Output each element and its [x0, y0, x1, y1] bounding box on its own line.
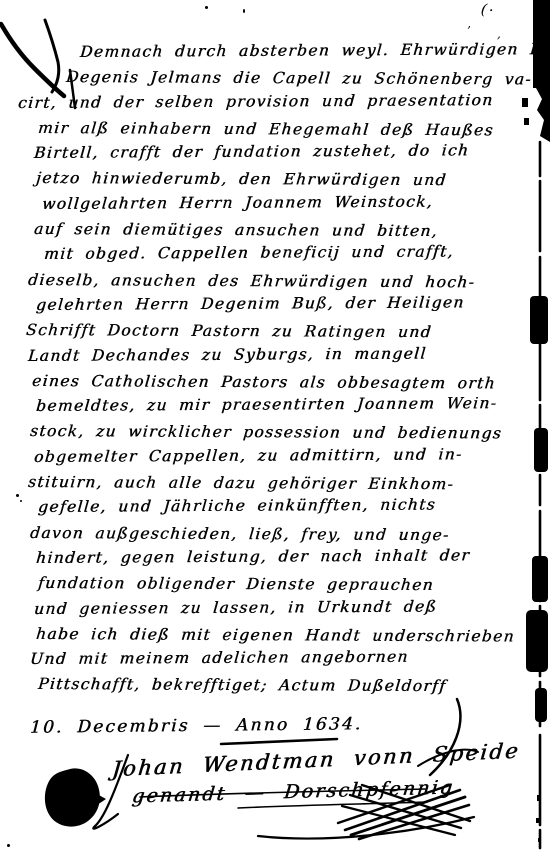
- manuscript-line: und geniessen zu lassen, in Urkundt deß: [33, 593, 545, 621]
- manuscript-line: Landt Dechandes zu Syburgs, in mangell: [27, 340, 545, 368]
- manuscript-page: (· ’ , Demnach durch absterben weyl. Ehr…: [0, 0, 550, 852]
- manuscript-line: Demnach durch absterben weyl. Ehrwürdige…: [79, 37, 545, 65]
- manuscript-line: hindert, gegen leistung, der nach inhalt…: [35, 543, 545, 571]
- ink-speck: [20, 500, 22, 502]
- letter-body: Demnach durch absterben weyl. Ehrwürdige…: [44, 40, 544, 698]
- stray-tick: ’: [467, 24, 471, 38]
- manuscript-line: mit obged. Cappellen beneficij und craff…: [43, 239, 545, 267]
- manuscript-line: gefelle, und Jährliche einkünfften, nich…: [37, 492, 545, 520]
- cross-hatch-scribble-icon: [258, 785, 474, 839]
- folio-mark: (·: [480, 0, 497, 20]
- ink-speck: [243, 9, 245, 13]
- manuscript-line: bemeldtes, zu mir praesentirten Joannem …: [35, 391, 545, 419]
- manuscript-line: obgemelter Cappellen, zu admittirn, und …: [33, 442, 545, 470]
- signature-flourishes: [80, 735, 480, 852]
- ink-speck: [205, 6, 208, 9]
- ink-speck: [16, 494, 19, 497]
- binding-edge: [512, 0, 550, 852]
- ink-seal-icon: [42, 766, 108, 834]
- manuscript-line: wollgelahrten Herrn Joannem Weinstock,: [41, 189, 545, 217]
- ink-speck: [7, 844, 10, 847]
- manuscript-line: Und mit meinem adelichen angebornen: [29, 644, 545, 672]
- manuscript-line: gelehrten Herrn Degenim Buß, der Heilige…: [35, 290, 545, 318]
- manuscript-line: cirt, und der selben provision und praes…: [17, 87, 545, 116]
- manuscript-line: Birtell, crafft der fundation zustehet, …: [33, 138, 545, 166]
